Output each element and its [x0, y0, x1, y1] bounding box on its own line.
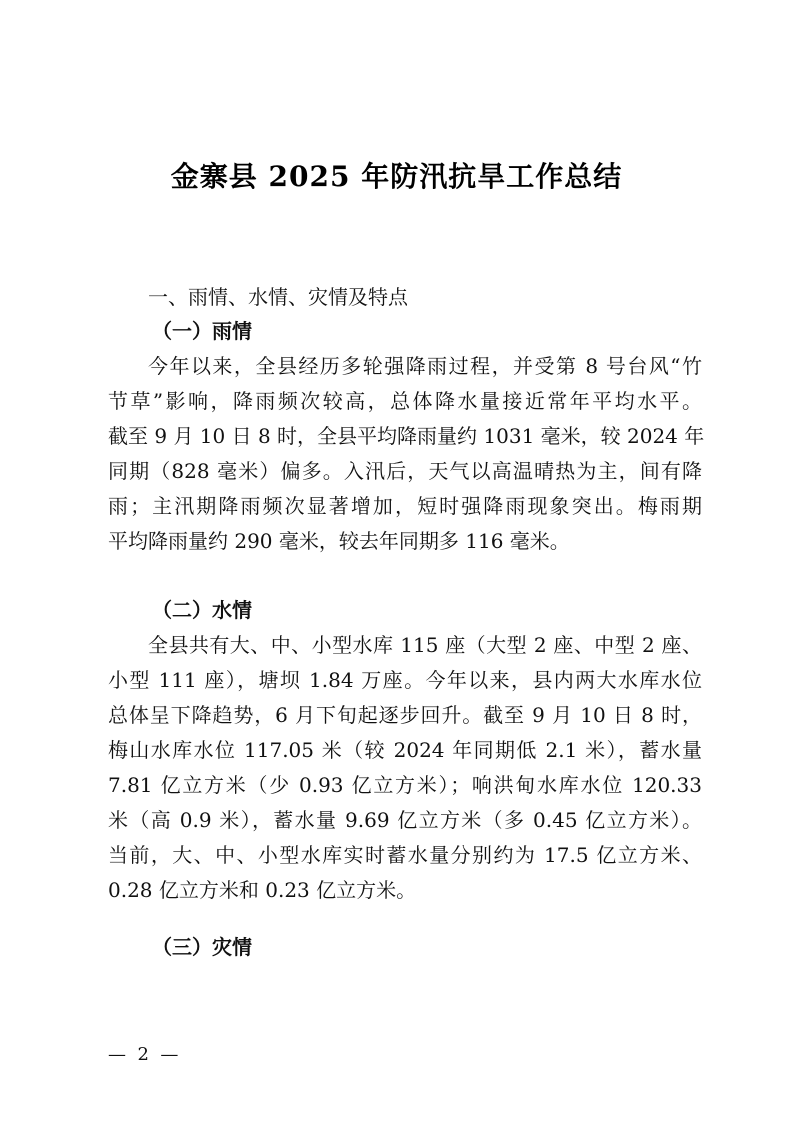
paragraph-line: 米（高 0.9 米），蓄水量 9.69 亿立方米（多 0.45 亿立方米）。: [108, 803, 702, 838]
subsection-heading-disaster: （三）灾情: [152, 930, 252, 965]
document-page: 金寨县 2025 年防汛抗旱工作总结 一、雨情、水情、灾情及特点 （一）雨情 今…: [0, 0, 793, 1122]
paragraph-line: 全县共有大、中、小型水库 115 座（大型 2 座、中型 2 座、: [148, 628, 702, 663]
paragraph-line: 总体呈下降趋势，6 月下旬起逐步回升。截至 9 月 10 日 8 时，: [108, 698, 702, 733]
paragraph-line: 节草”影响，降雨频次较高，总体降水量接近常年平均水平。: [108, 384, 702, 419]
paragraph-line: 同期（828 毫米）偏多。入汛后，天气以高温晴热为主，间有降: [108, 454, 702, 489]
paragraph-line: 平均降雨量约 290 毫米，较去年同期多 116 毫米。: [108, 524, 702, 559]
paragraph-line: 当前，大、中、小型水库实时蓄水量分别约为 17.5 亿立方米、: [108, 838, 702, 873]
paragraph-line: 7.81 亿立方米（少 0.93 亿立方米）；响洪甸水库水位 120.33: [108, 768, 702, 803]
paragraph-line: 梅山水库水位 117.05 米（较 2024 年同期低 2.1 米），蓄水量: [108, 733, 702, 768]
paragraph-line: 小型 111 座），塘坝 1.84 万座。今年以来，县内两大水库水位: [108, 663, 702, 698]
document-title: 金寨县 2025 年防汛抗旱工作总结: [0, 155, 793, 195]
paragraph-line: 雨；主汛期降雨频次显著增加，短时强降雨现象突出。梅雨期: [108, 489, 702, 524]
subsection-heading-rain: （一）雨情: [152, 314, 252, 349]
subsection-heading-water: （二）水情: [152, 593, 252, 628]
page-number: — 2 —: [108, 1040, 178, 1070]
paragraph-line: 0.28 亿立方米和 0.23 亿立方米。: [108, 873, 702, 908]
section-heading-1: 一、雨情、水情、灾情及特点: [148, 280, 408, 315]
paragraph-line: 截至 9 月 10 日 8 时，全县平均降雨量约 1031 毫米，较 2024 …: [108, 419, 702, 454]
paragraph-line: 今年以来，全县经历多轮强降雨过程，并受第 8 号台风“竹: [148, 349, 702, 384]
